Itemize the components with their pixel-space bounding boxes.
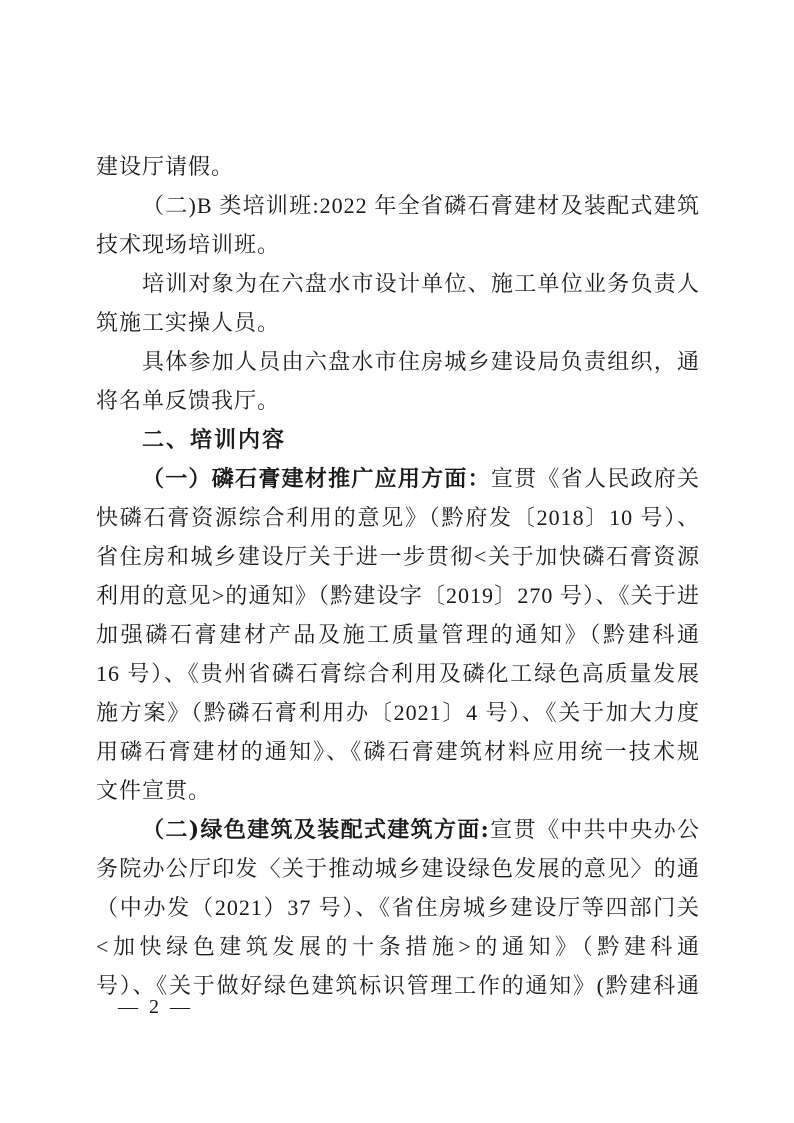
- document-line: 利用的意见>的通知》（黔建设字〔2019〕270 号）、《关于进一步: [96, 576, 700, 615]
- document-line: 加强磷石膏建材产品及施工质量管理的通知》（黔建科通〔2021〕: [96, 615, 700, 654]
- document-line: 具体参加人员由六盘水市住房城乡建设局负责组织，通知并: [96, 342, 700, 381]
- document-line: （一）磷石膏建材推广应用方面：宣贯《省人民政府关于加: [96, 459, 700, 498]
- text-segment-body: 务院办公厅印发〈关于推动城乡建设绿色发展的意见〉的通知》: [96, 856, 700, 888]
- text-segment-body: 技术现场培训班。: [96, 232, 280, 257]
- text-segment-kaiti: （二)绿色建筑及装配式建筑方面:: [142, 817, 490, 843]
- page-number: — 2 —: [118, 996, 193, 1019]
- document-line: 16 号）、《贵州省磷石膏综合利用及磷化工绿色高质量发展路径实: [96, 654, 700, 693]
- text-segment-body: 利用的意见>的通知》（黔建设字〔2019〕270 号）、《关于进一步: [96, 583, 700, 615]
- text-segment-body: <加快绿色建筑发展的十条措施>的通知》（黔建科通（2019）163: [96, 934, 700, 966]
- document-body: 建设厅请假。（二)B 类培训班:2022 年全省磷石膏建材及装配式建筑应用技术现…: [96, 147, 700, 1005]
- text-segment-heading: 二、培训内容: [142, 428, 286, 453]
- text-segment-body: 筑施工实操人员。: [96, 310, 280, 335]
- text-segment-body: 16 号）、《贵州省磷石膏综合利用及磷化工绿色高质量发展路径实: [96, 661, 700, 693]
- text-segment-kaiti: （一）磷石膏建材推广应用方面：: [142, 466, 491, 492]
- text-segment-body: （二)B 类培训班:2022 年全省磷石膏建材及装配式建筑应用: [96, 193, 700, 225]
- document-line: 快磷石膏资源综合利用的意见》（黔府发〔2018〕10 号）、《贵州: [96, 498, 700, 537]
- document-line: 用磷石膏建材的通知》、《磷石膏建筑材料应用统一技术规范》等: [96, 732, 700, 771]
- document-page: 建设厅请假。（二)B 类培训班:2022 年全省磷石膏建材及装配式建筑应用技术现…: [0, 0, 794, 1123]
- document-line: 筑施工实操人员。: [96, 303, 700, 342]
- document-line: （二)B 类培训班:2022 年全省磷石膏建材及装配式建筑应用: [96, 186, 700, 225]
- text-segment-body: 建设厅请假。: [96, 154, 234, 179]
- document-line: 将名单反馈我厅。: [96, 381, 700, 420]
- text-segment-body: 具体参加人员由六盘水市住房城乡建设局负责组织，通知并: [96, 349, 700, 381]
- text-segment-body: 快磷石膏资源综合利用的意见》（黔府发〔2018〕10 号）、《贵州: [96, 505, 700, 537]
- text-segment-body: 省住房和城乡建设厅关于进一步贯彻<关于加快磷石膏资源综合: [96, 544, 700, 576]
- document-line: 务院办公厅印发〈关于推动城乡建设绿色发展的意见〉的通知》: [96, 849, 700, 888]
- document-line: 培训对象为在六盘水市设计单位、施工单位业务负责人及建: [96, 264, 700, 303]
- text-segment-body: 将名单反馈我厅。: [96, 388, 280, 413]
- document-line: 技术现场培训班。: [96, 225, 700, 264]
- document-line: 二、培训内容: [96, 420, 700, 459]
- text-segment-body: 加强磷石膏建材产品及施工质量管理的通知》（黔建科通〔2021〕: [96, 622, 700, 654]
- document-line: （二)绿色建筑及装配式建筑方面:宣贯《中共中央办公厅 国: [96, 810, 700, 849]
- document-line: 文件宣贯。: [96, 771, 700, 810]
- text-segment-body: 施方案》（黔磷石膏利用办〔2021〕4 号）、《关于加大力度推广应: [96, 700, 700, 732]
- document-line: （中办发（2021）37 号）、《省住房城乡建设厅等四部门关于印发: [96, 888, 700, 927]
- text-segment-body: 用磷石膏建材的通知》、《磷石膏建筑材料应用统一技术规范》等: [96, 739, 700, 771]
- document-line: 施方案》（黔磷石膏利用办〔2021〕4 号）、《关于加大力度推广应: [96, 693, 700, 732]
- text-segment-body: （中办发（2021）37 号）、《省住房城乡建设厅等四部门关于印发: [96, 895, 700, 927]
- document-line: 省住房和城乡建设厅关于进一步贯彻<关于加快磷石膏资源综合: [96, 537, 700, 576]
- text-segment-body: 文件宣贯。: [96, 778, 211, 803]
- document-line: 建设厅请假。: [96, 147, 700, 186]
- document-line: <加快绿色建筑发展的十条措施>的通知》（黔建科通（2019）163: [96, 927, 700, 966]
- text-segment-body: 培训对象为在六盘水市设计单位、施工单位业务负责人及建: [96, 271, 700, 303]
